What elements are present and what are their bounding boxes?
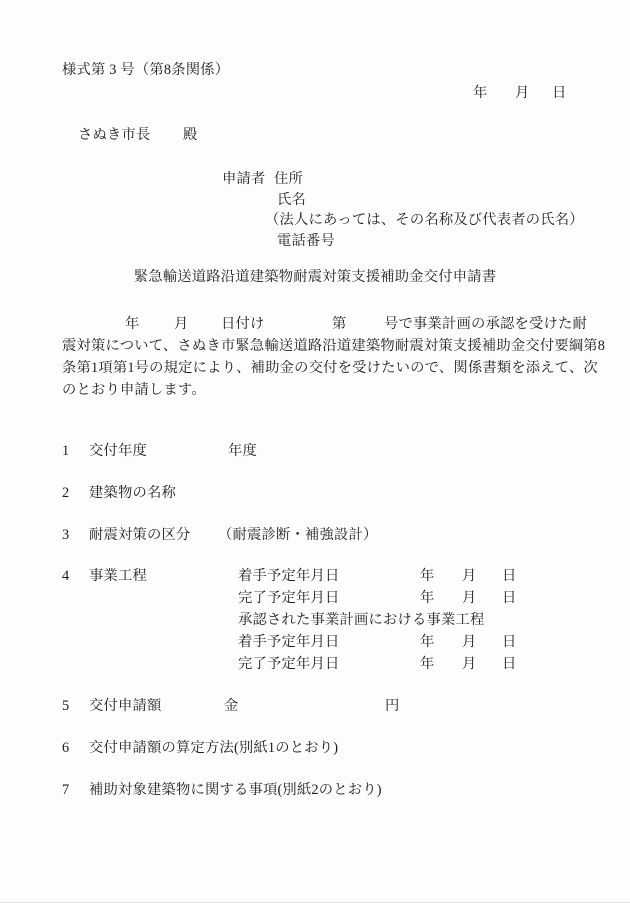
schedule-row-4-day-label: 日 (502, 635, 517, 651)
body-year-label: 年 (125, 317, 140, 333)
schedule-row-1-day-label: 日 (502, 569, 517, 585)
schedule-row-2-day-label: 日 (502, 591, 517, 607)
schedule-row-5-month-label: 月 (462, 657, 477, 673)
schedule-row-5-year-label: 年 (420, 657, 435, 673)
body-line2: 震対策について、さぬき市緊急輸送道路沿道建築物耐震対策支援補助金交付要綱第8 (62, 339, 605, 355)
item-5-currency-prefix: 金 (224, 699, 239, 715)
document-title: 緊急輸送道路沿道建築物耐震対策支援補助金交付申請書 (0, 270, 630, 286)
item-2-number: 2 (62, 486, 69, 502)
addressee-honorific: 殿 (183, 128, 198, 144)
top-date-month-label: 月 (515, 86, 530, 102)
item-3-value: （耐震診断・補強設計） (218, 528, 377, 544)
item-4-label: 事業工程 (89, 569, 147, 585)
item-1-label: 交付年度 (89, 444, 147, 460)
schedule-row-1-year-label: 年 (420, 569, 435, 585)
form-number: 様式第 3 号（第8条関係） (62, 63, 229, 79)
item-3-label: 耐震対策の区分 (89, 528, 190, 544)
applicant-address-label: 住所 (274, 172, 303, 188)
schedule-row-4-label: 着手予定年月日 (238, 635, 339, 651)
body-date-suffix: 日付け (221, 317, 265, 333)
item-2-label: 建築物の名称 (89, 486, 176, 502)
item-5-label: 交付申請額 (89, 699, 161, 715)
schedule-row-1-label: 着手予定年月日 (238, 569, 339, 585)
item-6-label: 交付申請額の算定方法(別紙1のとおり) (89, 741, 338, 757)
applicant-phone-label: 電話番号 (277, 234, 335, 250)
schedule-row-1-month-label: 月 (462, 569, 477, 585)
schedule-row-4-year-label: 年 (420, 635, 435, 651)
addressee-name: さぬき市長 (78, 128, 150, 144)
item-5-currency-suffix: 円 (385, 699, 400, 715)
schedule-row-4-month-label: 月 (462, 635, 477, 651)
schedule-row-2-year-label: 年 (420, 591, 435, 607)
applicant-label: 申請者 (222, 172, 266, 188)
item-1-value: 年度 (228, 444, 257, 460)
body-line3: 条第1項第1号の規定により、補助金の交付を受けたいので、関係書類を添えて、次 (62, 361, 598, 377)
schedule-row-2-month-label: 月 (462, 591, 477, 607)
item-1-number: 1 (62, 444, 69, 460)
schedule-row-5-label: 完了予定年月日 (238, 657, 339, 673)
body-number-prefix: 第 (332, 317, 347, 333)
body-line4: のとおり申請します。 (62, 383, 206, 399)
applicant-corporate-note: （法人にあっては、その名称及び代表者の氏名） (265, 213, 584, 229)
top-date-day-label: 日 (552, 86, 567, 102)
body-month-label: 月 (174, 317, 189, 333)
application-form-page: 様式第 3 号（第8条関係） 年 月 日 さぬき市長 殿 申請者 住所 氏名 （… (0, 0, 630, 903)
schedule-row-5-day-label: 日 (502, 657, 517, 673)
item-3-number: 3 (62, 528, 69, 544)
item-4-number: 4 (62, 569, 69, 585)
top-date-year-label: 年 (473, 86, 488, 102)
item-7-number: 7 (62, 783, 69, 799)
applicant-name-label: 氏名 (277, 193, 306, 209)
item-5-number: 5 (62, 699, 69, 715)
schedule-row-2-label: 完了予定年月日 (238, 591, 339, 607)
item-6-number: 6 (62, 741, 69, 757)
item-7-label: 補助対象建築物に関する事項(別紙2のとおり) (89, 783, 382, 799)
schedule-row-3-label: 承認された事業計画における事業工程 (238, 613, 484, 629)
body-line1-rest: 号で事業計画の承認を受けた耐 (384, 317, 587, 333)
